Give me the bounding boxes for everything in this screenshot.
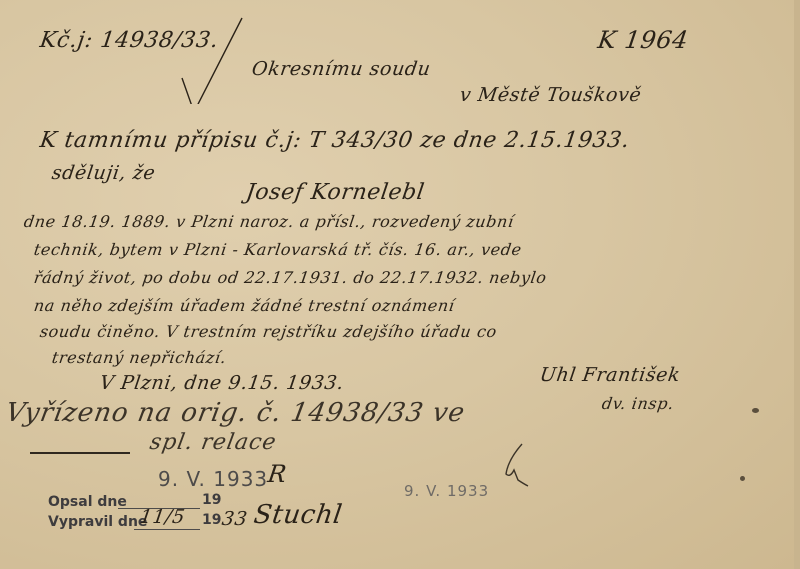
file-number: K 1964: [596, 26, 690, 54]
opsal-year-prefix: 19: [202, 492, 221, 508]
body-line-5: řádný život, po dobu od 22.17.1931. do 2…: [33, 268, 548, 287]
vypravil-year-suffix: 33: [220, 508, 248, 530]
checkmark-icon: [178, 14, 248, 104]
body-line-6: na něho zdejším úřadem žádné trestní ozn…: [33, 296, 456, 315]
annotation-line-2: spl. relace: [148, 430, 279, 455]
addressee-line-1: Okresnímu soudu: [250, 58, 432, 80]
vypravil-year-prefix: 19: [202, 512, 221, 528]
opsal-label: Opsal dne: [48, 494, 127, 510]
vypravil-date: 11/5: [138, 506, 186, 528]
person-name: Josef Kornelebl: [244, 180, 426, 205]
signature-title: dv. insp.: [601, 394, 676, 413]
ink-stain: [740, 476, 745, 481]
body-line-3: dne 18.19. 1889. v Plzni naroz. a přísl.…: [23, 212, 515, 231]
body-line-1: K tamnímu přípisu č.j: T 343/30 ze dne 2…: [38, 128, 631, 153]
received-date-stamp: 9. V. 1933: [158, 467, 268, 491]
scanned-document-page: Kč.j: 14938/33. K 1964 Okresnímu soudu v…: [0, 0, 794, 569]
strikethrough: [30, 452, 130, 454]
ink-stain: [752, 408, 759, 413]
addressee-line-2: v Městě Touškově: [458, 84, 642, 106]
body-line-2: sděluji, že: [50, 162, 156, 184]
annotation-line-1: Vyřízeno na orig. č. 14938/33 ve: [3, 398, 467, 428]
place-and-date: V Plzni, dne 9.15. 1933.: [98, 372, 345, 394]
body-line-7: soudu činěno. V trestním rejstříku zdejš…: [39, 322, 499, 341]
pencil-mark-icon: [496, 440, 546, 490]
vypravil-label: Vypravil dne: [48, 514, 147, 530]
vypravil-blank-line: [134, 529, 200, 530]
second-date-stamp: 9. V. 1933: [404, 482, 489, 500]
initials-mark: R: [266, 460, 289, 488]
body-line-8: trestaný nepřichází.: [51, 348, 228, 367]
clerk-signature: Stuchl: [252, 500, 344, 530]
signature-name: Uhl František: [538, 364, 681, 386]
body-line-4: technik, bytem v Plzni - Karlovarská tř.…: [33, 240, 523, 259]
